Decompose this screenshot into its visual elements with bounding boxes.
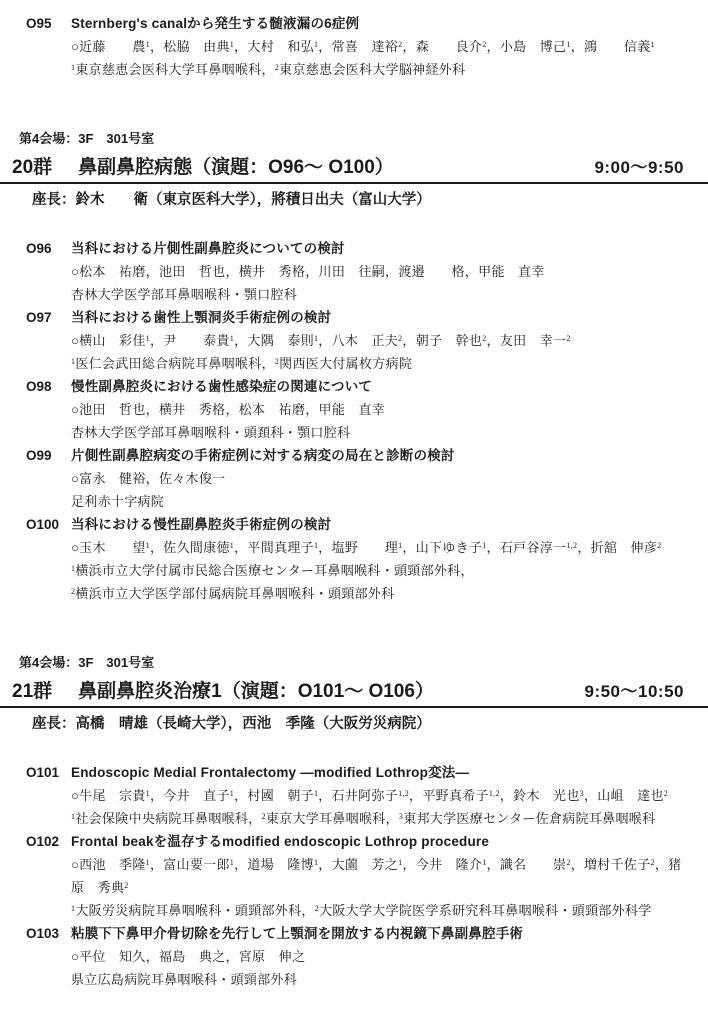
presentation-number: O96 bbox=[26, 237, 71, 260]
presentation-affiliation: 足利赤十字病院 bbox=[71, 490, 684, 513]
chairs-label: 座長：鈴木 衛（東京医科大学），將積日出夫（富山大学） bbox=[12, 190, 684, 211]
session-time: 9:50～10:50 bbox=[584, 677, 684, 702]
presentation-entry-o98: O98 慢性副鼻腔炎における歯性感染症の関連について ○池田 哲也，横井 秀格，… bbox=[26, 375, 684, 444]
presentation-authors: ○牛尾 宗貴1，今井 直子1，村國 朝子1，石井阿弥子1,2，平野真希子1,2，… bbox=[71, 784, 684, 807]
presentation-entry-o99: O99 片側性副鼻腔病変の手術症例に対する病変の局在と診断の検討 ○富永 健裕，… bbox=[26, 444, 684, 513]
group-title-row: 20群 鼻副鼻腔病態（演題：O96～ O100） 9:00～9:50 bbox=[12, 152, 684, 179]
presentation-number: O95 bbox=[26, 12, 71, 35]
group-number: 21群 bbox=[12, 676, 52, 703]
presentation-title: 粘膜下下鼻甲介骨切除を先行して上顎洞を開放する内視鏡下鼻副鼻腔手術 bbox=[71, 922, 684, 945]
presentation-affiliation: 杏林大学医学部耳鼻咽喉科・顎口腔科 bbox=[71, 283, 684, 306]
group-title: 鼻副鼻腔炎治療1（演題：O101～ O106） bbox=[78, 676, 434, 703]
presentation-number: O100 bbox=[26, 513, 71, 536]
presentation-number: O97 bbox=[26, 306, 71, 329]
group-title: 鼻副鼻腔病態（演題：O96～ O100） bbox=[78, 152, 394, 179]
presentation-authors: ○玉木 望1，佐久間康徳1，平間真理子1，塩野 理1，山下ゆき子1，石戸谷淳一1… bbox=[71, 536, 684, 559]
presentation-affiliation: 1東京慈恵会医科大学耳鼻咽喉科，2東京慈恵会医科大学脳神経外科 bbox=[71, 58, 684, 81]
presentation-affiliation: 1社会保険中央病院耳鼻咽喉科，2東京大学耳鼻咽喉科，3東邦大学医療センター佐倉病… bbox=[71, 807, 684, 830]
presentation-title: Sternberg's canalから発生する髄液漏の6症例 bbox=[71, 12, 684, 35]
presentation-authors: ○富永 健裕，佐々木俊一 bbox=[71, 467, 684, 490]
presentation-entry-o103: O103 粘膜下下鼻甲介骨切除を先行して上顎洞を開放する内視鏡下鼻副鼻腔手術 ○… bbox=[26, 922, 684, 991]
presentation-number: O98 bbox=[26, 375, 71, 398]
presentation-title: Frontal beakを温存するmodified endoscopic Lot… bbox=[71, 830, 684, 853]
chairs-label: 座長：高橋 晴雄（長崎大学），西池 季隆（大阪労災病院） bbox=[12, 714, 684, 735]
program-page: O95 Sternberg's canalから発生する髄液漏の6症例 ○近藤 農… bbox=[0, 0, 708, 1016]
session-time: 9:00～9:50 bbox=[594, 153, 684, 178]
presentation-title: 片側性副鼻腔病変の手術症例に対する病変の局在と診断の検討 bbox=[71, 444, 684, 467]
presentation-title: 当科における歯性上顎洞炎手術症例の検討 bbox=[71, 306, 684, 329]
divider-rule bbox=[0, 182, 708, 184]
presentation-number: O99 bbox=[26, 444, 71, 467]
presentation-number: O101 bbox=[26, 761, 71, 784]
presentation-entry-o100: O100 当科における慢性副鼻腔炎手術症例の検討 ○玉木 望1，佐久間康徳1，平… bbox=[26, 513, 684, 605]
presentation-entry-o95: O95 Sternberg's canalから発生する髄液漏の6症例 ○近藤 農… bbox=[26, 12, 684, 81]
venue-label: 第4会場：3F 301号室 bbox=[12, 653, 684, 673]
presentation-affiliation: 1医仁会武田総合病院耳鼻咽喉科，2関西医大付属枚方病院 bbox=[71, 352, 684, 375]
presentation-title: 当科における片側性副鼻腔炎についての検討 bbox=[71, 237, 684, 260]
presentation-entry-o101: O101 Endoscopic Medial Frontalectomy —mo… bbox=[26, 761, 684, 830]
presentation-authors: ○西池 季隆1，富山要一郎1，道場 隆博1，大薗 芳之1，今井 隆介1，識名 崇… bbox=[71, 853, 684, 899]
presentation-authors: ○近藤 農1，松脇 由典1，大村 和弘1，常喜 達裕2，森 良介2，小島 博己1… bbox=[71, 35, 684, 58]
presentation-title: 当科における慢性副鼻腔炎手術症例の検討 bbox=[71, 513, 684, 536]
presentation-entry-o96: O96 当科における片側性副鼻腔炎についての検討 ○松本 祐磨，池田 哲也，横井… bbox=[26, 237, 684, 306]
session-header-group20: 第4会場：3F 301号室 20群 鼻副鼻腔病態（演題：O96～ O100） 9… bbox=[12, 129, 684, 211]
presentation-entry-o102: O102 Frontal beakを温存するmodified endoscopi… bbox=[26, 830, 684, 922]
presentation-authors: ○平位 知久，福島 典之，宮原 伸之 bbox=[71, 945, 684, 968]
presentation-authors: ○松本 祐磨，池田 哲也，横井 秀格，川田 往嗣，渡邉 格，甲能 直幸 bbox=[71, 260, 684, 283]
presentation-authors: ○池田 哲也，横井 秀格，松本 祐磨，甲能 直幸 bbox=[71, 398, 684, 421]
presentation-affiliation: 1横浜市立大学付属市民総合医療センター耳鼻咽喉科・頭頸部外科， bbox=[71, 559, 684, 582]
presentation-authors: ○横山 彩佳1，尹 泰貴1，大隅 泰則1，八木 正夫2，朝子 幹也2，友田 幸一… bbox=[71, 329, 684, 352]
presentation-number: O102 bbox=[26, 830, 71, 853]
group-title-row: 21群 鼻副鼻腔炎治療1（演題：O101～ O106） 9:50～10:50 bbox=[12, 676, 684, 703]
presentation-number: O103 bbox=[26, 922, 71, 945]
presentation-affiliation: 2横浜市立大学医学部付属病院耳鼻咽喉科・頭頸部外科 bbox=[71, 582, 684, 605]
session-header-group21: 第4会場：3F 301号室 21群 鼻副鼻腔炎治療1（演題：O101～ O106… bbox=[12, 653, 684, 735]
presentation-title: Endoscopic Medial Frontalectomy —modifie… bbox=[71, 761, 684, 784]
presentation-title: 慢性副鼻腔炎における歯性感染症の関連について bbox=[71, 375, 684, 398]
venue-label: 第4会場：3F 301号室 bbox=[12, 129, 684, 149]
divider-rule bbox=[0, 706, 708, 708]
presentation-affiliation: 杏林大学医学部耳鼻咽喉科・頭頚科・顎口腔科 bbox=[71, 421, 684, 444]
group-number: 20群 bbox=[12, 152, 52, 179]
presentation-affiliation: 1大阪労災病院耳鼻咽喉科・頭頸部外科，2大阪大学大学院医学系研究科耳鼻咽喉科・頭… bbox=[71, 899, 684, 922]
presentation-affiliation: 県立広島病院耳鼻咽喉科・頭頸部外科 bbox=[71, 968, 684, 991]
presentation-entry-o97: O97 当科における歯性上顎洞炎手術症例の検討 ○横山 彩佳1，尹 泰貴1，大隅… bbox=[26, 306, 684, 375]
